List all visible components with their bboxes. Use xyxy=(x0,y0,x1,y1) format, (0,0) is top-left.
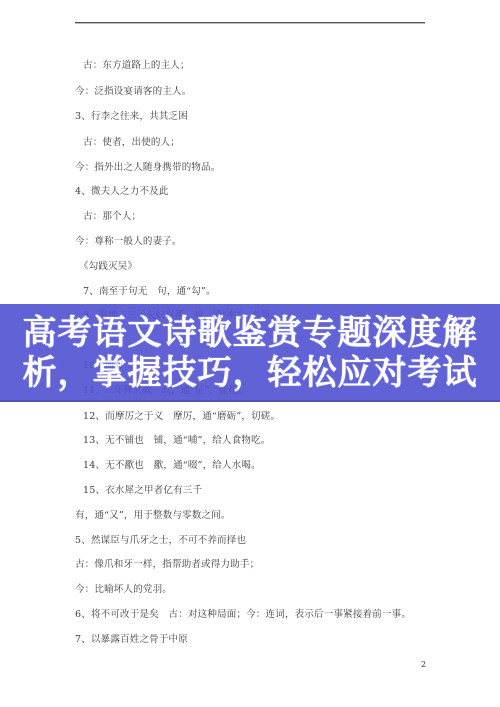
document-line: 7、南至于句无 句，通“勾”。 xyxy=(83,286,216,298)
document-line: 13、无不铺也 铺，通“哺”，给人食物吃。 xyxy=(83,435,271,447)
document-line: 古：使者，出使的人； xyxy=(83,137,180,149)
document-line: 15、衣水犀之甲者亿有三千 xyxy=(83,485,202,497)
document-line: 12、而摩厉之于义 摩厉，通“磨砺”，切磋。 xyxy=(83,411,280,423)
obscured-document-line: 10、而有… xyxy=(83,360,133,372)
obscured-document-line: 11、三年释其政 政，通“征”，征税。 xyxy=(83,385,247,397)
header-rule-divider xyxy=(75,22,425,23)
document-line: 6、将不可改于是矣 古：对这种局面；今：连词，表示后一事紧接着前一事。 xyxy=(75,609,411,621)
document-line: 5、然谋臣与爪牙之士，不可不养而择也 xyxy=(75,535,246,547)
document-line: 古：那个人； xyxy=(83,211,141,223)
document-line: 有，通“又”，用于整数与零数之间。 xyxy=(75,510,231,522)
document-line: 古：东方道路上的主人； xyxy=(83,60,190,72)
page-number: 2 xyxy=(421,660,426,669)
document-line: 4、微夫人之力不及此 xyxy=(75,186,169,198)
document-line: 今：指外出之人随身携带的物品。 xyxy=(75,162,221,174)
document-line: 古：像爪和牙一样，指帮助者或得力助手； xyxy=(75,559,259,571)
document-line: 《勾践灭吴》 xyxy=(79,261,137,273)
obscured-document-line: 8、将帅二三子夫妇以蕃 帅，通“率”，率领。 xyxy=(83,310,279,322)
document-line: 今：泛指设宴请客的主人。 xyxy=(75,86,191,98)
document-line: 7、以暴露百姓之骨于中原 xyxy=(75,634,188,646)
document-line: 今：比喻坏人的党羽。 xyxy=(75,584,172,596)
document-line: 14、无不歠也 歠，通“啜”，给人水喝。 xyxy=(83,460,261,472)
document-line: 今：尊称一般人的妻子。 xyxy=(75,236,182,248)
document-line: 3、行李之往来，共其乏困 xyxy=(75,111,188,123)
